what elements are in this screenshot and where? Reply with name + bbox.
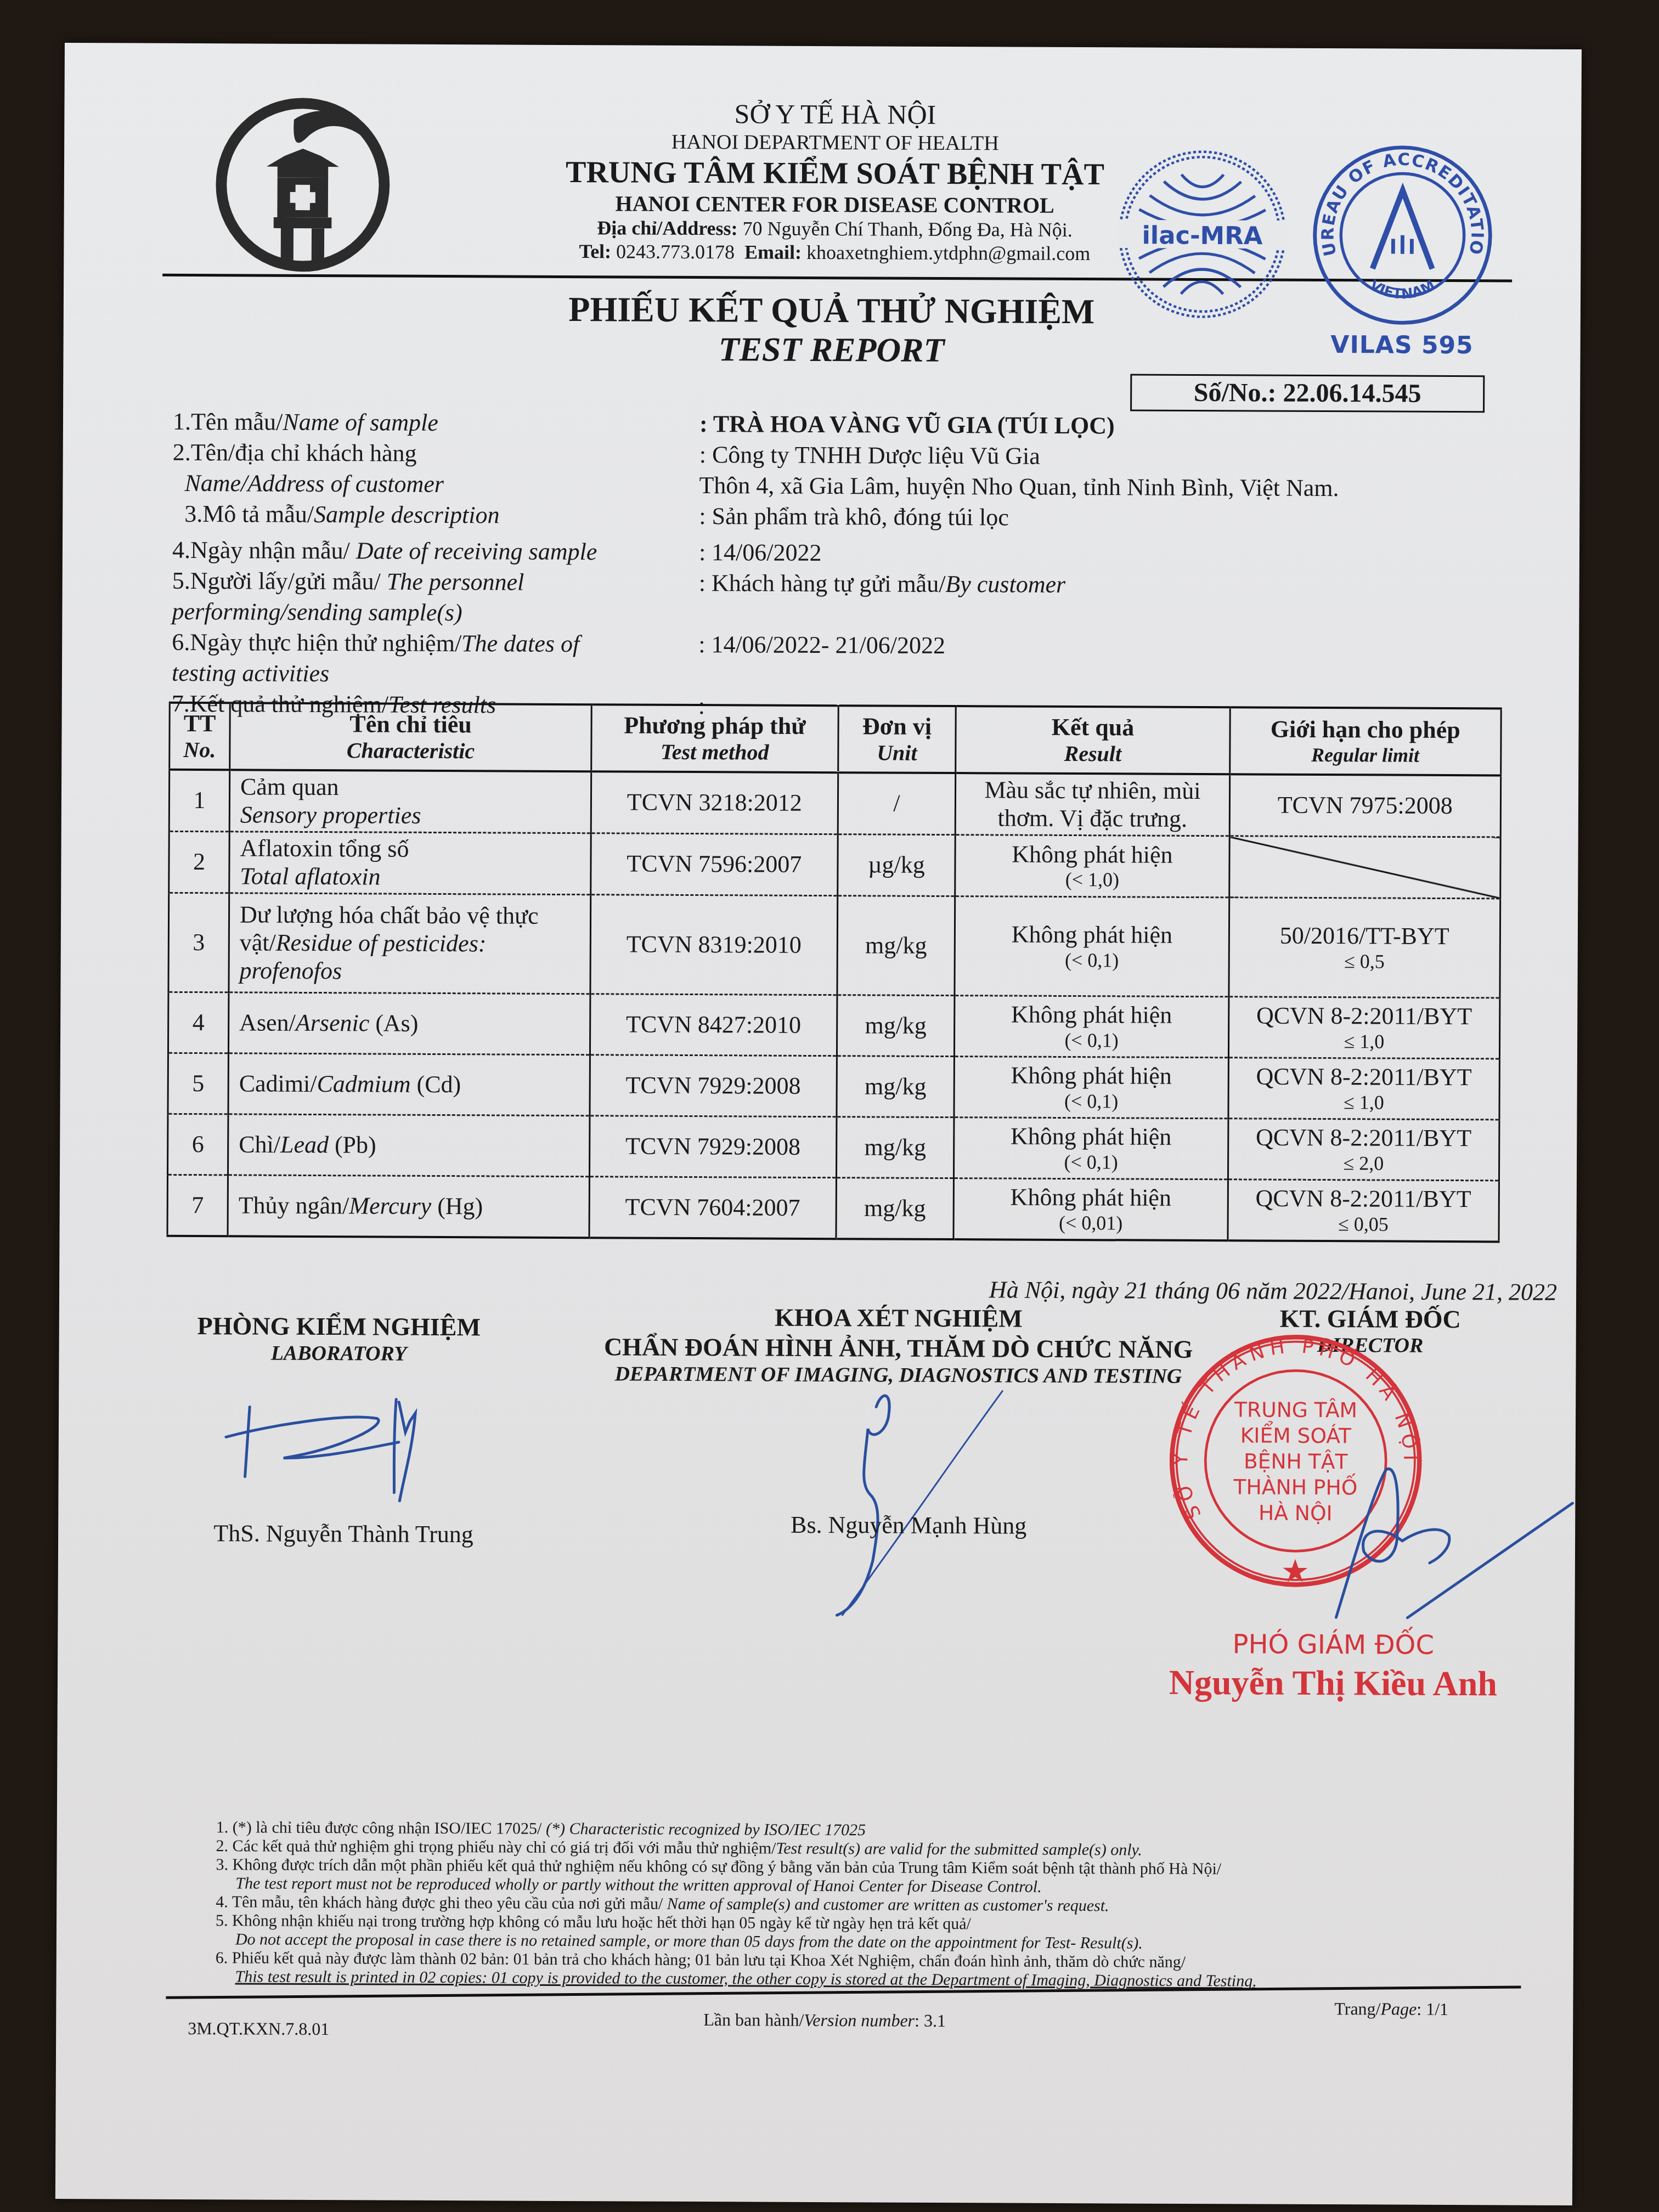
dept-title-2: CHẨN ĐOÁN HÌNH ẢNH, THĂM DÒ CHỨC NĂNG (569, 1331, 1228, 1364)
cell-characteristic: Thủy ngân/Mercury (Hg) (228, 1175, 590, 1238)
cell-limit: QCVN 8-2:2011/BYT≤ 2,0 (1228, 1119, 1499, 1181)
cell-method: TCVN 8427:2010 (590, 994, 837, 1056)
col-header-characteristic: Tên chỉ tiêuCharacteristic (230, 703, 592, 771)
laboratory-signature-block: PHÒNG KIỂM NGHIỆM LABORATORY (185, 1311, 492, 1367)
tel-label: Tel: (579, 240, 611, 262)
dept-name-en: HANOI DEPARTMENT OF HEALTH (492, 129, 1178, 156)
svg-text:BỆNH TẬT: BỆNH TẬT (1244, 1449, 1348, 1474)
director-title: KT. GIÁM ĐỐC (1239, 1304, 1502, 1334)
cell-result: Không phát hiện(< 0,1) (954, 1057, 1228, 1119)
cell-no: 5 (168, 1053, 228, 1114)
deputy-director-stamp: PHÓ GIÁM ĐỐC Nguyễn Thị Kiều Anh (1100, 1627, 1567, 1706)
info-sample-description: 3.Mô tả mẫu/Sample description: Sản phẩm… (172, 499, 1516, 535)
cell-no: 2 (169, 832, 229, 894)
cell-characteristic: Dư lượng hóa chất bảo vệ thực vật/Residu… (229, 893, 591, 994)
dept-signer-name: Bs. Nguyễn Mạnh Hùng (744, 1510, 1073, 1540)
table-header-row: TTNo. Tên chỉ tiêuCharacteristic Phương … (170, 703, 1502, 776)
table-row: 7Thủy ngân/Mercury (Hg)TCVN 7604:2007mg/… (167, 1175, 1499, 1242)
svg-text:TRUNG TÂM: TRUNG TÂM (1234, 1397, 1357, 1422)
report-number: Số/No.: 22.06.14.545 (1130, 374, 1485, 413)
page-number: Trang/Page: 1/1 (1334, 1999, 1448, 2019)
form-code: 3M.QT.KXN.7.8.01 (188, 2018, 329, 2039)
email-label: Email: (744, 241, 802, 263)
cell-no: 1 (169, 770, 229, 832)
cell-method: TCVN 7596:2007 (591, 833, 838, 896)
cell-limit: TCVN 7975:2008 (1229, 774, 1501, 837)
cell-result: Không phát hiện(< 0,1) (954, 1118, 1228, 1180)
address-value: 70 Nguyễn Chí Thanh, Đống Đa, Hà Nội. (742, 217, 1072, 241)
cell-no: 3 (168, 893, 229, 992)
cell-unit: / (838, 772, 956, 835)
svg-text:VIETNAM: VIETNAM (1367, 276, 1438, 303)
organization-header: SỞ Y TẾ HÀ NỘI HANOI DEPARTMENT OF HEALT… (492, 97, 1178, 265)
report-title-vn: PHIẾU KẾT QUẢ THỬ NGHIỆM (513, 289, 1150, 332)
cell-limit: QCVN 8-2:2011/BYT≤ 0,05 (1228, 1180, 1499, 1242)
results-table: TTNo. Tên chỉ tiêuCharacteristic Phương … (167, 702, 1502, 1243)
cell-limit: 50/2016/TT-BYT≤ 0,5 (1228, 898, 1500, 998)
report-title: PHIẾU KẾT QUẢ THỬ NGHIỆM TEST REPORT (513, 289, 1150, 371)
cell-result: Không phát hiện(< 0,1) (955, 996, 1229, 1058)
bureau-of-accreditation-mark-icon: BUREAU OF ACCREDITATION VIETNAM (1309, 142, 1496, 329)
table-row: 4Asen/Arsenic (As)TCVN 8427:2010mg/kgKhô… (168, 992, 1499, 1059)
cell-unit: mg/kg (836, 1117, 954, 1178)
col-header-result: Kết quảResult (956, 706, 1230, 774)
cell-no: 6 (167, 1114, 228, 1175)
issue-date: Hà Nội, ngày 21 tháng 06 năm 2022/Hanoi,… (635, 1274, 1557, 1306)
sample-info: 1.Tên mẫu/Name of sample: TRÀ HOA VÀNG V… (172, 407, 1517, 725)
cell-limit: QCVN 8-2:2011/BYT≤ 1,0 (1228, 997, 1500, 1059)
center-name-en: HANOI CENTER FOR DISEASE CONTROL (492, 190, 1178, 219)
cell-unit: mg/kg (837, 896, 956, 996)
cell-method: TCVN 8319:2010 (590, 895, 837, 995)
cell-characteristic: Asen/Arsenic (As) (228, 992, 590, 1055)
tel-value: 0243.773.0178 (616, 240, 735, 263)
lab-signer-name: ThS. Nguyễn Thành Trung (179, 1519, 508, 1549)
dept-subtitle: DEPARTMENT OF IMAGING, DIAGNOSTICS AND T… (569, 1362, 1227, 1390)
lab-subtitle: LABORATORY (185, 1341, 492, 1367)
cell-method: TCVN 7929:2008 (590, 1055, 837, 1117)
hanoi-health-logo-icon (212, 94, 393, 275)
department-signature-block: KHOA XÉT NGHIỆM CHẨN ĐOÁN HÌNH ẢNH, THĂM… (569, 1301, 1228, 1390)
cell-method: TCVN 7929:2008 (590, 1116, 837, 1178)
cell-characteristic: Cadimi/Cadmium (Cd) (228, 1053, 590, 1116)
cell-method: TCVN 7604:2007 (589, 1177, 836, 1239)
test-report-paper: SỞ Y TẾ HÀ NỘI HANOI DEPARTMENT OF HEALT… (55, 43, 1582, 2205)
email-value: khoaxetnghiem.ytdphn@gmail.com (806, 241, 1090, 264)
cell-unit: mg/kg (836, 1178, 954, 1239)
cell-no: 7 (167, 1175, 228, 1237)
official-red-stamp-icon: SỞ Y TẾ THÀNH PHỐ HÀ NỘI TRUNG TÂM KIỂM … (1166, 1331, 1425, 1590)
col-header-no: TTNo. (170, 703, 230, 770)
col-header-unit: Đơn vịUnit (838, 706, 956, 773)
address-line: Địa chỉ/Address: 70 Nguyễn Chí Thanh, Đố… (492, 216, 1177, 242)
cell-result: Không phát hiện(< 1,0) (955, 835, 1229, 898)
col-header-method: Phương pháp thửTest method (591, 704, 838, 772)
footnotes: 1. (*) là chỉ tiêu được công nhận ISO/IE… (216, 1818, 1533, 1991)
version-number: Lần ban hành/Version number: 3.1 (703, 2010, 946, 2031)
cell-result: Không phát hiện(< 0,1) (955, 896, 1229, 997)
cell-characteristic: Chì/Lead (Pb) (228, 1114, 590, 1177)
cell-limit (1229, 836, 1500, 899)
cell-unit: mg/kg (837, 995, 955, 1057)
table-row: 5Cadimi/Cadmium (Cd)TCVN 7929:2008mg/kgK… (168, 1053, 1499, 1120)
dept-title-1: KHOA XÉT NGHIỆM (569, 1301, 1228, 1334)
cell-unit: mg/kg (837, 1056, 955, 1118)
table-row: 6Chì/Lead (Pb)TCVN 7929:2008mg/kgKhông p… (167, 1114, 1499, 1181)
cell-characteristic: Cảm quanSensory properties (229, 770, 591, 833)
address-label: Địa chỉ/Address: (597, 217, 738, 239)
contact-line: Tel: 0243.773.0178 Email: khoaxetnghiem.… (492, 239, 1177, 266)
center-name-vn: TRUNG TÂM KIỂM SOÁT BỆNH TẬT (492, 154, 1178, 193)
svg-text:ilac-MRA: ilac-MRA (1142, 221, 1262, 250)
cell-result: Màu sắc tự nhiên, mùi thơm. Vị đặc trưng… (956, 773, 1230, 836)
table-row: 1Cảm quanSensory propertiesTCVN 3218:201… (169, 770, 1500, 837)
dept-name-vn: SỞ Y TẾ HÀ NỘI (492, 97, 1178, 132)
svg-text:KIỂM SOÁT: KIỂM SOÁT (1240, 1421, 1352, 1448)
cell-method: TCVN 3218:2012 (591, 771, 838, 834)
deputy-name: Nguyễn Thị Kiều Anh (1100, 1660, 1566, 1706)
lab-title: PHÒNG KIỂM NGHIỆM (185, 1311, 493, 1342)
cell-characteristic: Aflatoxin tổng sốTotal aflatoxin (229, 832, 591, 895)
table-row: 2Aflatoxin tổng sốTotal aflatoxinTCVN 75… (169, 832, 1500, 899)
cell-result: Không phát hiện(< 0,01) (953, 1178, 1228, 1241)
col-header-limit: Giới hạn cho phépRegular limit (1229, 707, 1501, 775)
deputy-title: PHÓ GIÁM ĐỐC (1100, 1627, 1566, 1662)
table-row: 3Dư lượng hóa chất bảo vệ thực vật/Resid… (168, 893, 1500, 998)
svg-text:HÀ NỘI: HÀ NỘI (1259, 1501, 1333, 1526)
report-title-en: TEST REPORT (513, 329, 1149, 371)
svg-text:THÀNH PHỐ: THÀNH PHỐ (1233, 1472, 1358, 1499)
cell-limit: QCVN 8-2:2011/BYT≤ 1,0 (1228, 1058, 1500, 1120)
cell-no: 4 (168, 992, 228, 1053)
vilas-number: VILAS 595 (1314, 331, 1490, 359)
cell-unit: µg/kg (837, 834, 955, 896)
